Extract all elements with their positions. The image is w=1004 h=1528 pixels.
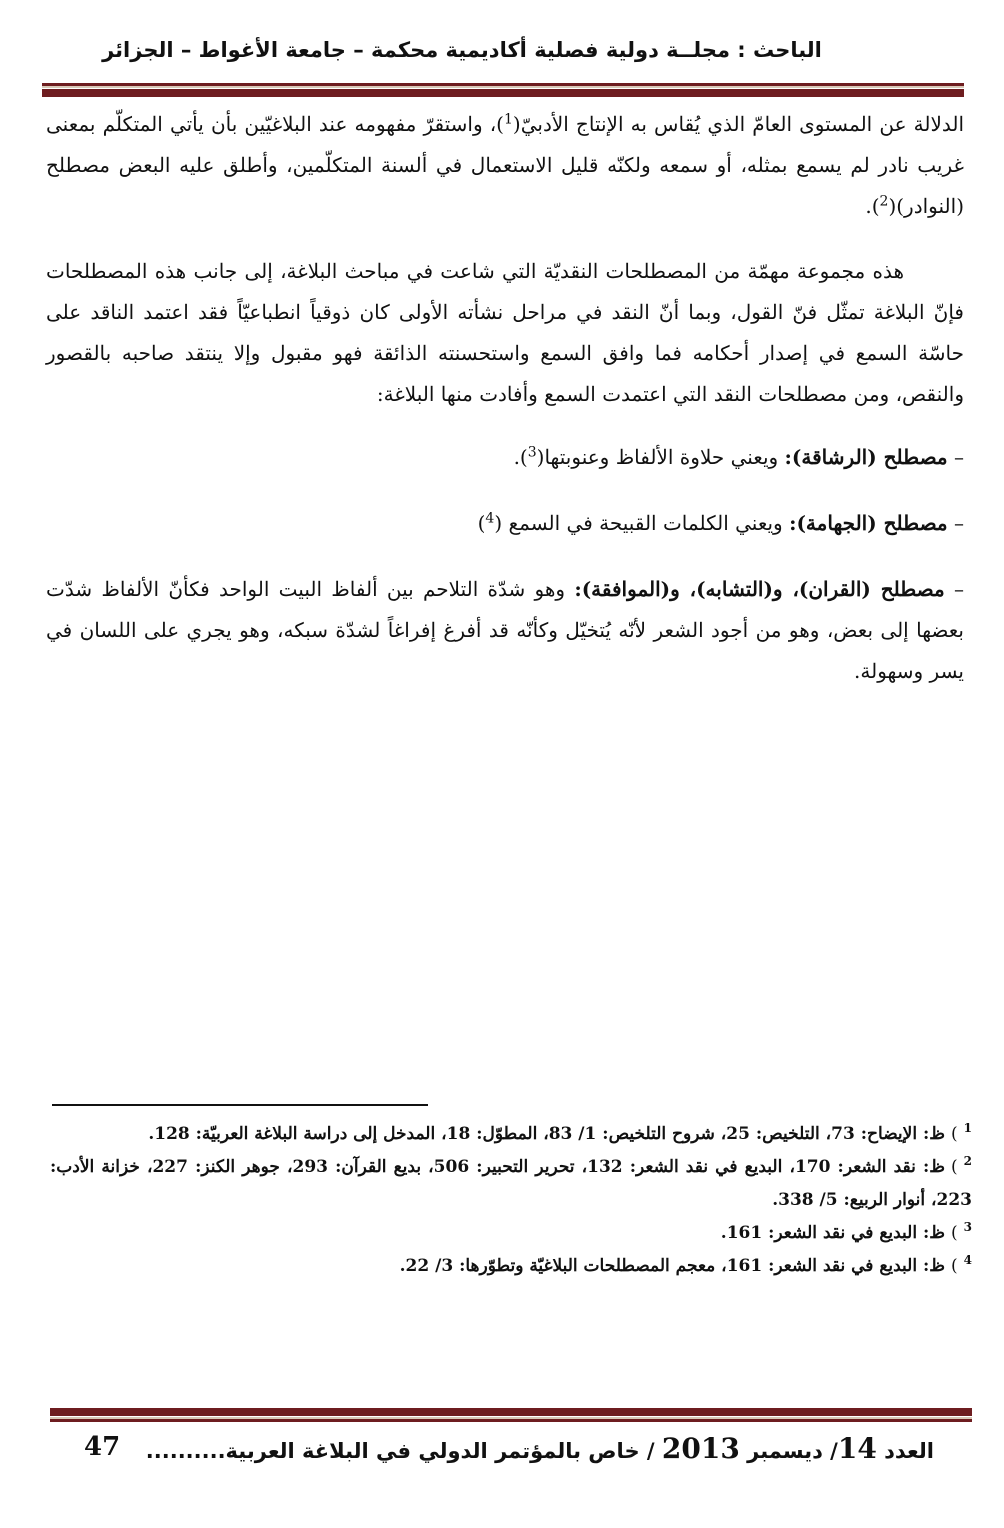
footnote-paren: ) [951, 1157, 958, 1177]
rule-thick-line [50, 1408, 972, 1416]
rule-thin-line [50, 1419, 972, 1422]
running-footer: العدد 14/ ديسمبر 2013 / خاص بالمؤتمر الد… [82, 1432, 934, 1465]
footnote-3: 3)ظ: البديع في نقد الشعر: 161. [50, 1217, 972, 1250]
page-number: 47 [84, 1432, 120, 1462]
term-label: مصطلح (الجهامة): [789, 511, 948, 535]
article-body: الدلالة عن المستوى العامّ الذي يُقاس به … [46, 104, 964, 717]
footnote-ref-1[interactable]: 1 [504, 111, 513, 127]
term-definition: ويعني حلاوة الألفاظ وعنوبتها( [537, 445, 785, 469]
term-label: مصطلح (الرشاقة): [785, 445, 948, 469]
footnote-paren: ) [951, 1223, 958, 1243]
intro-paragraph: الدلالة عن المستوى العامّ الذي يُقاس به … [46, 104, 964, 227]
issue-year: 2013 [662, 1432, 740, 1465]
issue-number: 14 [838, 1432, 877, 1465]
footnote-number: 4 [964, 1253, 972, 1267]
term-rashaqa: – مصطلح (الرشاقة): ويعني حلاوة الألفاظ و… [46, 437, 964, 478]
footnote-2: 2)ظ: نقد الشعر: 170، البديع في نقد الشعر… [50, 1151, 972, 1217]
running-header: الباحث : مجلــة دولية فصلية أكاديمية محك… [40, 38, 884, 62]
main-paragraph: هذه مجموعة مهمّة من المصطلحات النقديّة ا… [46, 251, 964, 415]
term-closing: ). [514, 445, 528, 469]
footnote-text: ظ: نقد الشعر: 170، البديع في نقد الشعر: … [50, 1157, 972, 1210]
footnote-text: ظ: البديع في نقد الشعر: 161. [721, 1223, 945, 1243]
footnote-text: ظ: الإيضاح: 73، التلخيص: 25، شروح التلخي… [148, 1124, 945, 1144]
rule-thick-line [42, 89, 964, 97]
issue-description: / خاص بالمؤتمر الدولي في البلاغة العربية… [146, 1439, 655, 1463]
list-dash: – [954, 445, 964, 469]
footnote-ref-4[interactable]: 4 [485, 510, 494, 526]
issue-label: العدد [884, 1439, 934, 1463]
footnote-number: 3 [964, 1220, 972, 1234]
footnote-ref-3[interactable]: 3 [528, 444, 537, 460]
footnote-1: 1)ظ: الإيضاح: 73، التلخيص: 25، شروح التل… [50, 1118, 972, 1151]
term-label: مصطلح (القران)، و(التشابه)، و(الموافقة): [574, 577, 944, 601]
term-jahama: – مصطلح (الجهامة): ويعني الكلمات القبيحة… [46, 503, 964, 544]
issue-month: / ديسمبر [747, 1439, 838, 1463]
footnote-paren: ) [951, 1124, 958, 1144]
term-definition: ويعني الكلمات القبيحة في السمع ( [494, 511, 789, 535]
footnote-number: 2 [964, 1154, 972, 1168]
list-dash: – [954, 511, 964, 535]
footnote-paren: ) [951, 1256, 958, 1276]
intro-text-3: ). [865, 194, 879, 218]
footnote-separator [52, 1104, 428, 1106]
footnote-text: ظ: البديع في نقد الشعر: 161، معجم المصطل… [400, 1256, 945, 1276]
list-dash: – [954, 577, 964, 601]
footnote-number: 1 [964, 1121, 972, 1135]
footer-rule [50, 1408, 972, 1422]
header-rule [42, 83, 964, 97]
intro-text-1: الدلالة عن المستوى العامّ الذي يُقاس به … [513, 112, 964, 136]
term-qiran: – مصطلح (القران)، و(التشابه)، و(الموافقة… [46, 569, 964, 692]
footnote-4: 4)ظ: البديع في نقد الشعر: 161، معجم المص… [50, 1250, 972, 1283]
rule-gap [42, 86, 964, 88]
footnotes: 1)ظ: الإيضاح: 73، التلخيص: 25، شروح التل… [50, 1118, 972, 1283]
